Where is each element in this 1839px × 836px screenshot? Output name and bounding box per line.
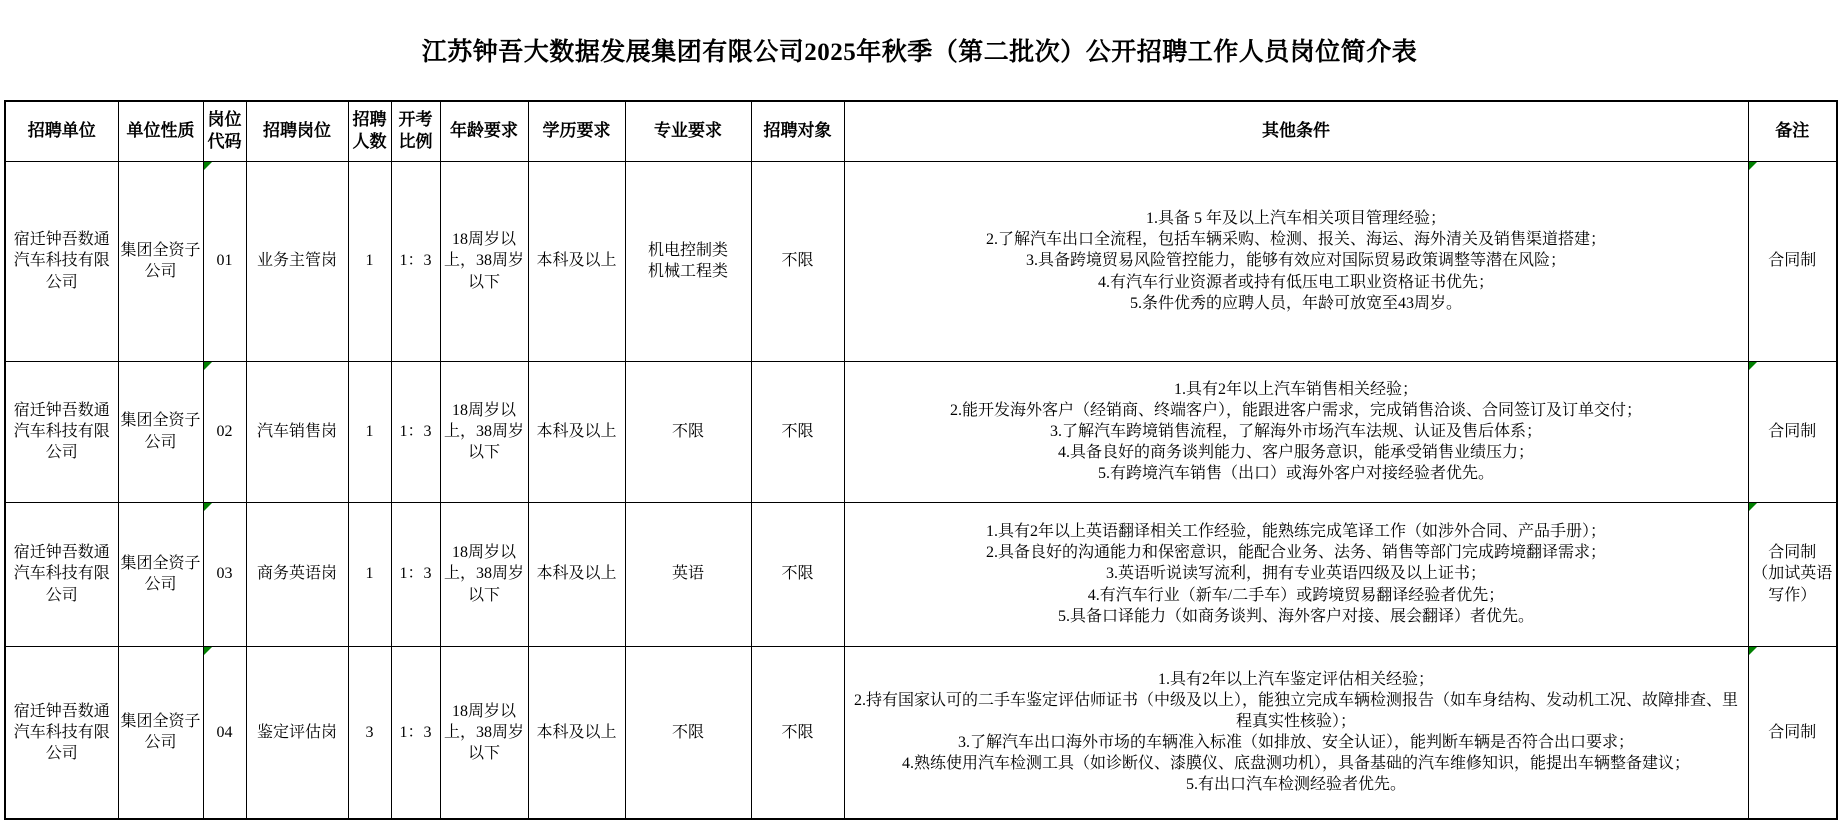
cell-unit: 宿迁钟吾数通汽车科技有限公司 [5, 646, 118, 819]
table-header-row: 招聘单位 单位性质 岗位代码 招聘岗位 招聘人数 开考比例 年龄要求 学历要求 … [5, 101, 1837, 161]
header-code: 岗位代码 [203, 101, 246, 161]
cell-nature: 集团全资子公司 [118, 646, 203, 819]
cell-ratio: 1：3 [391, 502, 440, 646]
cell-code-text: 04 [217, 724, 233, 741]
cell-age: 18周岁以上，38周岁以下 [440, 502, 528, 646]
cell-remark-text: 合同制 （加试英语写作） [1752, 544, 1832, 603]
page-title: 江苏钟吾大数据发展集团有限公司2025年秋季（第二批次）公开招聘工作人员岗位简介… [0, 0, 1839, 100]
header-nature: 单位性质 [118, 101, 203, 161]
excel-green-corner-icon [204, 647, 212, 655]
header-ratio: 开考比例 [391, 101, 440, 161]
cell-major: 英语 [625, 502, 751, 646]
cell-age: 18周岁以上，38周岁以下 [440, 361, 528, 502]
header-headcount: 招聘人数 [348, 101, 391, 161]
table-row: 宿迁钟吾数通汽车科技有限公司 集团全资子公司 03 商务英语岗 1 1：3 18… [5, 502, 1837, 646]
cell-code: 04 [203, 646, 246, 819]
cell-code: 03 [203, 502, 246, 646]
cell-nature: 集团全资子公司 [118, 361, 203, 502]
cell-remark-text: 合同制 [1768, 252, 1816, 269]
excel-green-corner-icon [204, 503, 212, 511]
table-row: 宿迁钟吾数通汽车科技有限公司 集团全资子公司 02 汽车销售岗 1 1：3 18… [5, 361, 1837, 502]
cell-position: 汽车销售岗 [246, 361, 348, 502]
cell-remark: 合同制 [1748, 646, 1837, 819]
excel-green-corner-icon [1749, 647, 1757, 655]
cell-other-conditions: 1.具备 5 年及以上汽车相关项目管理经验； 2.了解汽车出口全流程，包括车辆采… [844, 161, 1748, 361]
header-age: 年龄要求 [440, 101, 528, 161]
cell-remark: 合同制 [1748, 361, 1837, 502]
cell-age: 18周岁以上，38周岁以下 [440, 646, 528, 819]
cell-nature: 集团全资子公司 [118, 502, 203, 646]
cell-position: 鉴定评估岗 [246, 646, 348, 819]
cell-unit: 宿迁钟吾数通汽车科技有限公司 [5, 502, 118, 646]
cell-headcount: 1 [348, 502, 391, 646]
header-remark: 备注 [1748, 101, 1837, 161]
cell-unit: 宿迁钟吾数通汽车科技有限公司 [5, 361, 118, 502]
cell-education: 本科及以上 [528, 502, 625, 646]
header-education: 学历要求 [528, 101, 625, 161]
cell-headcount: 3 [348, 646, 391, 819]
header-major: 专业要求 [625, 101, 751, 161]
cell-code-text: 01 [217, 252, 233, 269]
cell-ratio: 1：3 [391, 161, 440, 361]
excel-green-corner-icon [1749, 362, 1757, 370]
cell-unit: 宿迁钟吾数通汽车科技有限公司 [5, 161, 118, 361]
excel-green-corner-icon [204, 362, 212, 370]
cell-education: 本科及以上 [528, 161, 625, 361]
table-row: 宿迁钟吾数通汽车科技有限公司 集团全资子公司 04 鉴定评估岗 3 1：3 18… [5, 646, 1837, 819]
header-unit: 招聘单位 [5, 101, 118, 161]
header-target: 招聘对象 [751, 101, 844, 161]
cell-target: 不限 [751, 361, 844, 502]
cell-major: 不限 [625, 361, 751, 502]
cell-major: 不限 [625, 646, 751, 819]
cell-education: 本科及以上 [528, 361, 625, 502]
job-positions-table: 招聘单位 单位性质 岗位代码 招聘岗位 招聘人数 开考比例 年龄要求 学历要求 … [4, 100, 1838, 820]
cell-ratio: 1：3 [391, 646, 440, 819]
cell-headcount: 1 [348, 161, 391, 361]
excel-green-corner-icon [1749, 503, 1757, 511]
excel-green-corner-icon [204, 162, 212, 170]
cell-remark-text: 合同制 [1768, 724, 1816, 741]
cell-other-conditions: 1.具有2年以上英语翻译相关工作经验，能熟练完成笔译工作（如涉外合同、产品手册）… [844, 502, 1748, 646]
cell-code-text: 02 [217, 423, 233, 440]
header-other-conditions: 其他条件 [844, 101, 1748, 161]
cell-position: 业务主管岗 [246, 161, 348, 361]
cell-target: 不限 [751, 502, 844, 646]
cell-code: 01 [203, 161, 246, 361]
cell-other-conditions: 1.具有2年以上汽车销售相关经验； 2.能开发海外客户（经销商、终端客户），能跟… [844, 361, 1748, 502]
cell-education: 本科及以上 [528, 646, 625, 819]
cell-code-text: 03 [217, 565, 233, 582]
excel-green-corner-icon [1749, 162, 1757, 170]
cell-other-conditions: 1.具有2年以上汽车鉴定评估相关经验； 2.持有国家认可的二手车鉴定评估师证书（… [844, 646, 1748, 819]
header-position: 招聘岗位 [246, 101, 348, 161]
cell-position: 商务英语岗 [246, 502, 348, 646]
cell-nature: 集团全资子公司 [118, 161, 203, 361]
cell-headcount: 1 [348, 361, 391, 502]
cell-remark: 合同制 [1748, 161, 1837, 361]
cell-remark-text: 合同制 [1768, 423, 1816, 440]
cell-target: 不限 [751, 161, 844, 361]
table-row: 宿迁钟吾数通汽车科技有限公司 集团全资子公司 01 业务主管岗 1 1：3 18… [5, 161, 1837, 361]
cell-major: 机电控制类 机械工程类 [625, 161, 751, 361]
cell-target: 不限 [751, 646, 844, 819]
cell-remark: 合同制 （加试英语写作） [1748, 502, 1837, 646]
cell-code: 02 [203, 361, 246, 502]
cell-age: 18周岁以上，38周岁以下 [440, 161, 528, 361]
cell-ratio: 1：3 [391, 361, 440, 502]
